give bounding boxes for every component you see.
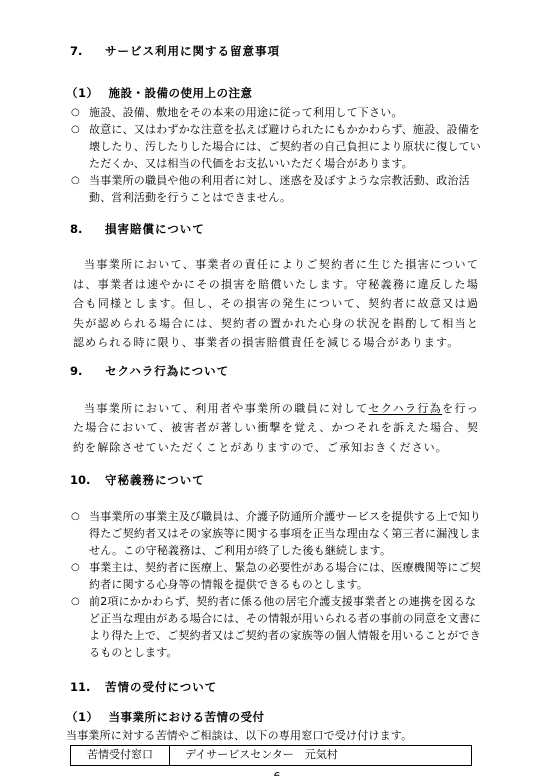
section-8-number: 8. [70, 222, 105, 236]
sub-heading-number: （1） [66, 710, 99, 724]
section-9-paragraph: 当事業所において、利用者や事業所の職員に対してセクハラ行為を行った場合において、… [73, 399, 479, 458]
section-7-title: サービス利用に関する留意事項 [105, 44, 280, 58]
list-item: ○ 前2項にかかわらず、契約者に係る他の居宅介護支援事業者との連携を図るなど正当… [70, 593, 485, 661]
section-10-number: 10. [70, 473, 105, 487]
page-number: - 6 - [70, 770, 485, 776]
list-item: ○ 当事業所の職員や他の利用者に対し、迷惑を及ぼすような宗教活動、政治活動、営利… [70, 172, 485, 206]
circle-bullet-icon: ○ [70, 559, 89, 593]
section-9-number: 9. [70, 364, 105, 378]
bullet-text: 前2項にかかわらず、契約者に係る他の居宅介護支援事業者との連携を図るなど正当な理… [89, 593, 485, 661]
bullet-text: 当事業所の職員や他の利用者に対し、迷惑を及ぼすような宗教活動、政治活動、営利活動… [89, 172, 485, 206]
document-page: 7. サービス利用に関する留意事項 （1） 施設・設備の使用上の注意 ○ 施設、… [0, 0, 543, 776]
list-item: ○ 当事業所の事業主及び職員は、介護予防通所介護サービスを提供する上で知り得たご… [70, 508, 485, 559]
section-7-heading: 7. サービス利用に関する留意事項 [70, 44, 485, 58]
section-10-heading: 10. 守秘義務について [70, 473, 485, 487]
complaint-window-label-cell: 苦情受付窓口 [71, 746, 170, 765]
bullet-text: 施設、設備、敷地をその本来の用途に従って利用して下さい。 [89, 104, 485, 121]
sub-heading-number: （1） [66, 86, 99, 100]
circle-bullet-icon: ○ [70, 593, 89, 661]
section-11-heading: 11. 苦情の受付について [70, 680, 485, 694]
circle-bullet-icon: ○ [70, 121, 89, 172]
section-11-sub-heading: （1） 当事業所における苦情の受付 [66, 710, 485, 724]
section-8-paragraph: 当事業所において、事業者の責任によりご契約者に生じた損害については、事業者は速や… [73, 255, 479, 353]
sub-heading-title: 施設・設備の使用上の注意 [109, 86, 253, 100]
section-8-title: 損害賠償について [105, 222, 205, 236]
section-9-title: セクハラ行為について [105, 364, 229, 378]
bullet-text: 当事業所の事業主及び職員は、介護予防通所介護サービスを提供する上で知り得たご契約… [89, 508, 485, 559]
list-item: ○ 故意に、又はわずかな注意を払えば避けられたにもかかわらず、施設、設備を壊した… [70, 121, 485, 172]
section-9-heading: 9. セクハラ行為について [70, 364, 485, 378]
section-10-bullet-list: ○ 当事業所の事業主及び職員は、介護予防通所介護サービスを提供する上で知り得たご… [70, 508, 485, 661]
section-8-heading: 8. 損害賠償について [70, 222, 485, 236]
section-11-number: 11. [70, 680, 105, 694]
section-7-bullet-list: ○ 施設、設備、敷地をその本来の用途に従って利用して下さい。 ○ 故意に、又はわ… [70, 104, 485, 206]
complaint-window-value-cell: デイサービスセンター 元気村 [170, 746, 471, 765]
complaint-window-table: 苦情受付窓口 デイサービスセンター 元気村 [70, 745, 472, 766]
section-7-sub-heading: （1） 施設・設備の使用上の注意 [66, 86, 485, 100]
section-11-title: 苦情の受付について [105, 680, 217, 694]
circle-bullet-icon: ○ [70, 172, 89, 206]
circle-bullet-icon: ○ [70, 104, 89, 121]
paragraph-text: 当事業所において、利用者や事業所の職員に対して [84, 402, 369, 415]
complaint-intro-text: 当事業所に対する苦情やご相談は、以下の専用窓口で受け付けます。 [66, 728, 485, 743]
list-item: ○ 事業主は、契約者に医療上、緊急の必要性がある場合には、医療機関等にご契約者に… [70, 559, 485, 593]
section-10-title: 守秘義務について [105, 473, 205, 487]
circle-bullet-icon: ○ [70, 508, 89, 559]
list-item: ○ 施設、設備、敷地をその本来の用途に従って利用して下さい。 [70, 104, 485, 121]
underlined-term: セクハラ行為 [369, 402, 443, 415]
bullet-text: 故意に、又はわずかな注意を払えば避けられたにもかかわらず、施設、設備を壊したり、… [89, 121, 485, 172]
section-7-number: 7. [70, 44, 105, 58]
bullet-text: 事業主は、契約者に医療上、緊急の必要性がある場合には、医療機関等にご契約者に関す… [89, 559, 485, 593]
sub-heading-title: 当事業所における苦情の受付 [109, 710, 265, 724]
